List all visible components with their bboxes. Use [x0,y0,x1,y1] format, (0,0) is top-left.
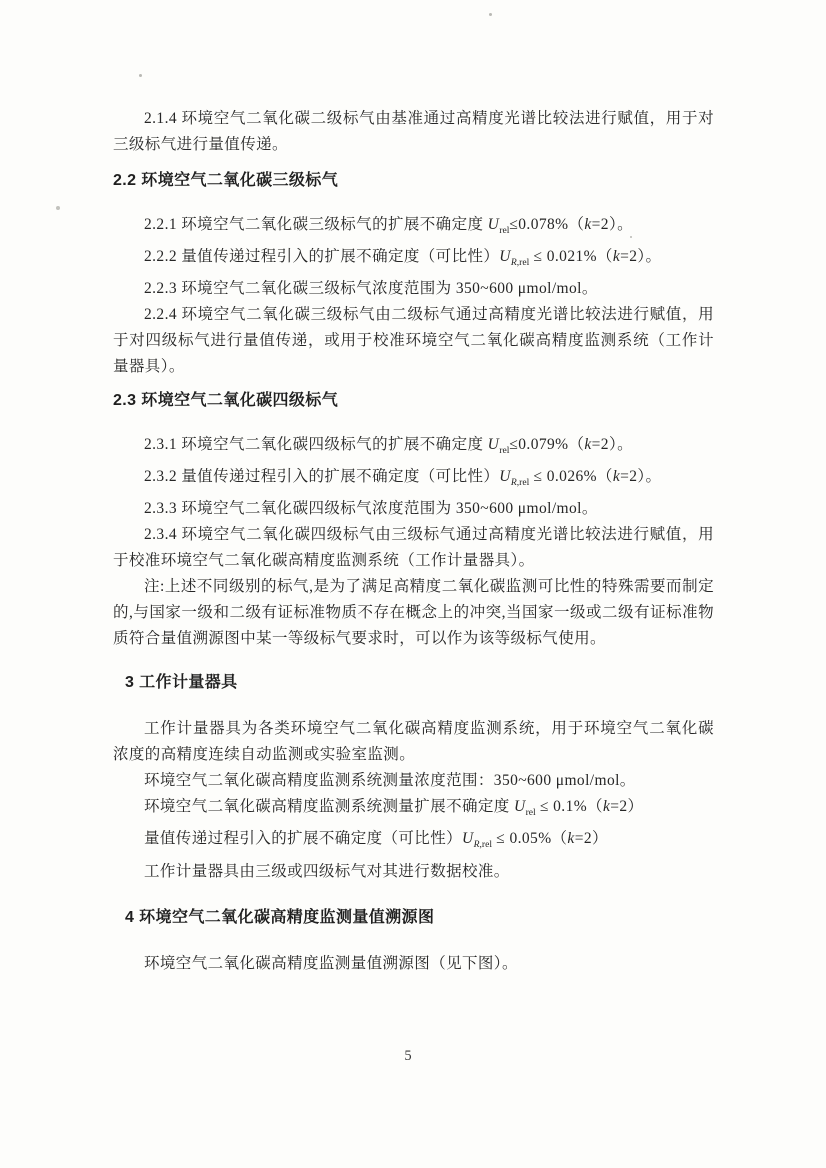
line-3-uncertainty: 环境空气二氧化碳高精度监测系统测量扩展不确定度 Urel ≤ 0.1%（k=2） [113,794,714,826]
clause-2-2-2: 2.2.2 量值传递过程引入的扩展不确定度（可比性）UR,rel ≤ 0.021… [113,244,714,276]
clause-2-2-1: 2.2.1 环境空气二氧化碳三级标气的扩展不确定度 Urel≤0.078%（k=… [113,212,714,244]
line-3-calibration: 工作计量器具由三级或四级标气对其进行数据校准。 [113,859,714,885]
clause-2-2-4: 2.2.4 环境空气二氧化碳三级标气由二级标气通过高精度光谱比较法进行赋值，用于… [113,302,714,380]
scan-speck [630,236,632,238]
clause-2-1-4: 2.1.4 环境空气二氧化碳二级标气由基准通过高精度光谱比较法进行赋值，用于对三… [113,106,714,158]
page-number: 5 [0,1048,816,1065]
scan-speck [139,74,142,77]
clause-2-3-1: 2.3.1 环境空气二氧化碳四级标气的扩展不确定度 Urel≤0.079%（k=… [113,432,714,464]
clause-2-3-2: 2.3.2 量值传递过程引入的扩展不确定度（可比性）UR,rel ≤ 0.026… [113,464,714,496]
paragraph-4-intro: 环境空气二氧化碳高精度监测量值溯源图（见下图）。 [113,951,714,977]
clause-2-2-3: 2.2.3 环境空气二氧化碳三级标气浓度范围为 350~600 μmol/mol… [113,276,714,302]
scan-speck [489,13,492,16]
heading-3: 3 工作计量器具 [113,670,714,696]
line-3-comparability: 量值传递过程引入的扩展不确定度（可比性）UR,rel ≤ 0.05%（k=2） [113,826,714,858]
document-page: 2.1.4 环境空气二氧化碳二级标气由基准通过高精度光谱比较法进行赋值，用于对三… [113,106,714,977]
line-3-range: 环境空气二氧化碳高精度监测系统测量浓度范围：350~600 μmol/mol。 [113,768,714,794]
heading-2-3: 2.3 环境空气二氧化碳四级标气 [113,388,714,414]
paragraph-3-intro: 工作计量器具为各类环境空气二氧化碳高精度监测系统，用于环境空气二氧化碳浓度的高精… [113,716,714,768]
scan-speck [56,206,60,210]
heading-2-2: 2.2 环境空气二氧化碳三级标气 [113,168,714,194]
clause-2-3-4: 2.3.4 环境空气二氧化碳四级标气由三级标气通过高精度光谱比较法进行赋值，用于… [113,522,714,574]
heading-4: 4 环境空气二氧化碳高精度监测量值溯源图 [113,905,714,931]
clause-2-3-3: 2.3.3 环境空气二氧化碳四级标气浓度范围为 350~600 μmol/mol… [113,496,714,522]
note-paragraph: 注:上述不同级别的标气,是为了满足高精度二氧化碳监测可比性的特殊需要而制定的,与… [113,574,714,652]
